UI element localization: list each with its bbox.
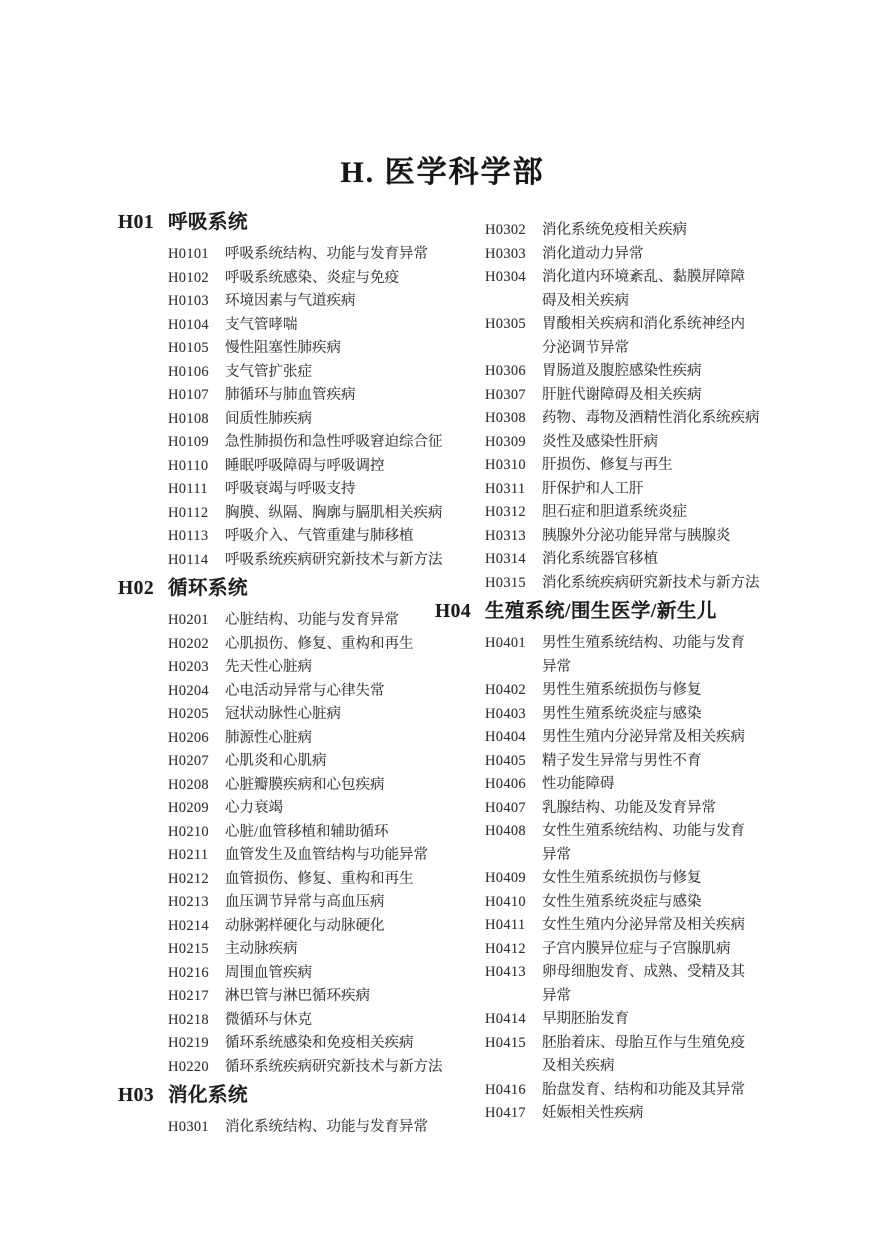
item-text: 主动脉疾病: [225, 938, 298, 962]
item-row: H0204心电活动异常与心律失常: [118, 680, 456, 704]
item-code: H0202: [168, 633, 225, 657]
item-text: 微循环与休克: [225, 1009, 312, 1033]
item-text-line: 消化系统结构、功能与发育异常: [225, 1116, 428, 1140]
item-text-line: 呼吸系统疾病研究新技术与新方法: [225, 549, 443, 573]
item-row: H0408女性生殖系统结构、功能与发育异常: [435, 820, 787, 867]
item-text: 循环系统感染和免疫相关疾病: [225, 1032, 414, 1056]
item-text-line: 环境因素与气道疾病: [225, 290, 356, 314]
item-code: H0401: [485, 632, 542, 656]
item-code: H0213: [168, 891, 225, 915]
item-row: H0205冠状动脉性心脏病: [118, 703, 456, 727]
item-row: H0210心脏/血管移植和辅助循环: [118, 821, 456, 845]
item-row: H0302消化系统免疫相关疾病: [435, 219, 787, 243]
item-row: H0217淋巴管与淋巴循环疾病: [118, 985, 456, 1009]
item-text-line: 急性肺损伤和急性呼吸窘迫综合征: [225, 431, 443, 455]
item-row: H0403男性生殖系统炎症与感染: [435, 703, 787, 727]
item-text-line: 碍及相关疾病: [542, 290, 745, 314]
item-text-line: 心脏瓣膜疾病和心包疾病: [225, 774, 385, 798]
item-text-line: 早期胚胎发育: [542, 1008, 629, 1032]
item-code: H0402: [485, 679, 542, 703]
item-text-line: 心力衰竭: [225, 797, 283, 821]
item-code: H0107: [168, 384, 225, 408]
item-row: H0308药物、毒物及酒精性消化系统疾病: [435, 407, 787, 431]
item-row: H0208心脏瓣膜疾病和心包疾病: [118, 774, 456, 798]
item-code: H0201: [168, 609, 225, 633]
item-text: 胆石症和胆道系统炎症: [542, 501, 687, 525]
item-code: H0412: [485, 938, 542, 962]
item-text: 呼吸系统疾病研究新技术与新方法: [225, 549, 443, 573]
item-text-line: 乳腺结构、功能及发育异常: [542, 797, 716, 821]
item-text-line: 异常: [542, 656, 745, 680]
item-code: H0112: [168, 502, 225, 526]
item-row: H0409女性生殖系统损伤与修复: [435, 867, 787, 891]
item-code: H0205: [168, 703, 225, 727]
item-code: H0203: [168, 656, 225, 680]
item-row: H0211血管发生及血管结构与功能异常: [118, 844, 456, 868]
item-row: H0417妊娠相关性疾病: [435, 1102, 787, 1126]
item-text-line: 肝保护和人工肝: [542, 478, 644, 502]
item-text: 消化系统结构、功能与发育异常: [225, 1116, 428, 1140]
item-code: H0309: [485, 431, 542, 455]
item-code: H0414: [485, 1008, 542, 1032]
item-text-line: 妊娠相关性疾病: [542, 1102, 644, 1126]
item-text-line: 心脏/血管移植和辅助循环: [225, 821, 389, 845]
item-row: H0105慢性阻塞性肺疾病: [118, 337, 456, 361]
item-text: 胎盘发育、结构和功能及其异常: [542, 1079, 745, 1103]
section-title: 呼吸系统: [168, 211, 248, 235]
item-code: H0220: [168, 1056, 225, 1080]
item-text-line: 女性生殖系统结构、功能与发育: [542, 820, 745, 844]
item-text: 消化道动力异常: [542, 243, 644, 267]
item-text: 肝保护和人工肝: [542, 478, 644, 502]
item-row: H0207心肌炎和心肌病: [118, 750, 456, 774]
item-code: H0411: [485, 914, 542, 938]
item-text: 睡眠呼吸障碍与呼吸调控: [225, 455, 385, 479]
item-text-line: 呼吸系统感染、炎症与免疫: [225, 267, 399, 291]
page-title: H. 医学科学部: [0, 147, 885, 191]
item-text: 肺源性心脏病: [225, 727, 312, 751]
item-row: H0103环境因素与气道疾病: [118, 290, 456, 314]
item-row: H0114呼吸系统疾病研究新技术与新方法: [118, 549, 456, 573]
item-code: H0410: [485, 891, 542, 915]
item-text-line: 肺循环与肺血管疾病: [225, 384, 356, 408]
item-row: H0301消化系统结构、功能与发育异常: [118, 1116, 456, 1140]
item-row: H0415胚胎着床、母胎互作与生殖免疫及相关疾病: [435, 1032, 787, 1079]
item-row: H0402男性生殖系统损伤与修复: [435, 679, 787, 703]
item-row: H0101呼吸系统结构、功能与发育异常: [118, 243, 456, 267]
section-header: H04生殖系统/围生医学/新生儿: [435, 600, 787, 624]
item-text: 女性生殖系统损伤与修复: [542, 867, 702, 891]
item-text-line: 肺源性心脏病: [225, 727, 312, 751]
item-text: 妊娠相关性疾病: [542, 1102, 644, 1126]
item-row: H0104支气管哮喘: [118, 314, 456, 338]
item-text: 周围血管疾病: [225, 962, 312, 986]
item-text-line: 消化系统器官移植: [542, 548, 658, 572]
item-code: H0210: [168, 821, 225, 845]
item-text-line: 异常: [542, 844, 745, 868]
item-row: H0213血压调节异常与高血压病: [118, 891, 456, 915]
item-code: H0303: [485, 243, 542, 267]
item-code: H0111: [168, 478, 225, 502]
item-text-line: 动脉粥样硬化与动脉硬化: [225, 915, 385, 939]
item-text-line: 支气管扩张症: [225, 361, 312, 385]
item-row: H0206肺源性心脏病: [118, 727, 456, 751]
item-text-line: 消化道内环境紊乱、黏膜屏障障: [542, 266, 745, 290]
item-row: H0212血管损伤、修复、重构和再生: [118, 868, 456, 892]
item-text-line: 睡眠呼吸障碍与呼吸调控: [225, 455, 385, 479]
item-code: H0215: [168, 938, 225, 962]
item-text-line: 子宫内膜异位症与子宫腺肌病: [542, 938, 731, 962]
item-row: H0106支气管扩张症: [118, 361, 456, 385]
section-title: 消化系统: [168, 1084, 248, 1108]
item-row: H0110睡眠呼吸障碍与呼吸调控: [118, 455, 456, 479]
item-code: H0109: [168, 431, 225, 455]
item-text-line: 间质性肺疾病: [225, 408, 312, 432]
item-code: H0108: [168, 408, 225, 432]
item-row: H0404男性生殖内分泌异常及相关疾病: [435, 726, 787, 750]
item-code: H0315: [485, 572, 542, 596]
item-text-line: 冠状动脉性心脏病: [225, 703, 341, 727]
item-text: 女性生殖内分泌异常及相关疾病: [542, 914, 745, 938]
item-row: H0214动脉粥样硬化与动脉硬化: [118, 915, 456, 939]
item-text-line: 异常: [542, 985, 745, 1009]
item-code: H0417: [485, 1102, 542, 1126]
item-text: 消化系统器官移植: [542, 548, 658, 572]
item-text-line: 周围血管疾病: [225, 962, 312, 986]
item-code: H0302: [485, 219, 542, 243]
item-text-line: 分泌调节异常: [542, 337, 745, 361]
item-text: 血管发生及血管结构与功能异常: [225, 844, 428, 868]
item-text: 心脏结构、功能与发育异常: [225, 609, 399, 633]
item-text: 乳腺结构、功能及发育异常: [542, 797, 716, 821]
item-text: 肺循环与肺血管疾病: [225, 384, 356, 408]
item-row: H0202心肌损伤、修复、重构和再生: [118, 633, 456, 657]
item-text-line: 主动脉疾病: [225, 938, 298, 962]
item-text: 卵母细胞发育、成熟、受精及其异常: [542, 961, 745, 1008]
item-text: 先天性心脏病: [225, 656, 312, 680]
item-text: 心脏瓣膜疾病和心包疾病: [225, 774, 385, 798]
item-code: H0216: [168, 962, 225, 986]
item-code: H0313: [485, 525, 542, 549]
item-code: H0204: [168, 680, 225, 704]
item-text-line: 男性生殖内分泌异常及相关疾病: [542, 726, 745, 750]
item-row: H0406性功能障碍: [435, 773, 787, 797]
item-row: H0405精子发生异常与男性不育: [435, 750, 787, 774]
item-text-line: 循环系统疾病研究新技术与新方法: [225, 1056, 443, 1080]
item-code: H0308: [485, 407, 542, 431]
item-text: 男性生殖系统炎症与感染: [542, 703, 702, 727]
item-row: H0220循环系统疾病研究新技术与新方法: [118, 1056, 456, 1080]
item-row: H0414早期胚胎发育: [435, 1008, 787, 1032]
item-text-line: 心肌损伤、修复、重构和再生: [225, 633, 414, 657]
item-row: H0216周围血管疾病: [118, 962, 456, 986]
item-code: H0407: [485, 797, 542, 821]
item-text: 胸膜、纵隔、胸廓与膈肌相关疾病: [225, 502, 443, 526]
document-page: H. 医学科学部 H01呼吸系统H0101呼吸系统结构、功能与发育异常H0102…: [0, 0, 885, 1251]
item-text-line: 循环系统感染和免疫相关疾病: [225, 1032, 414, 1056]
item-row: H0306胃肠道及腹腔感染性疾病: [435, 360, 787, 384]
item-text: 胚胎着床、母胎互作与生殖免疫及相关疾病: [542, 1032, 745, 1079]
section-code: H03: [118, 1084, 168, 1108]
item-code: H0312: [485, 501, 542, 525]
item-text: 男性生殖内分泌异常及相关疾病: [542, 726, 745, 750]
item-text: 性功能障碍: [542, 773, 615, 797]
item-text: 间质性肺疾病: [225, 408, 312, 432]
item-text-line: 炎性及感染性肝病: [542, 431, 658, 455]
item-text-line: 血压调节异常与高血压病: [225, 891, 385, 915]
item-code: H0102: [168, 267, 225, 291]
item-row: H0314消化系统器官移植: [435, 548, 787, 572]
item-text: 支气管哮喘: [225, 314, 298, 338]
item-text-line: 胸膜、纵隔、胸廓与膈肌相关疾病: [225, 502, 443, 526]
item-code: H0217: [168, 985, 225, 1009]
item-row: H0113呼吸介入、气管重建与肺移植: [118, 525, 456, 549]
section-code: H02: [118, 577, 168, 601]
item-text-line: 淋巴管与淋巴循环疾病: [225, 985, 370, 1009]
item-text: 呼吸衰竭与呼吸支持: [225, 478, 356, 502]
item-text: 炎性及感染性肝病: [542, 431, 658, 455]
item-text: 药物、毒物及酒精性消化系统疾病: [542, 407, 760, 431]
item-code: H0101: [168, 243, 225, 267]
item-code: H0208: [168, 774, 225, 798]
item-row: H0401男性生殖系统结构、功能与发育异常: [435, 632, 787, 679]
item-row: H0201心脏结构、功能与发育异常: [118, 609, 456, 633]
item-code: H0103: [168, 290, 225, 314]
item-text: 子宫内膜异位症与子宫腺肌病: [542, 938, 731, 962]
item-row: H0305胃酸相关疾病和消化系统神经内分泌调节异常: [435, 313, 787, 360]
item-text: 心力衰竭: [225, 797, 283, 821]
item-code: H0212: [168, 868, 225, 892]
item-code: H0104: [168, 314, 225, 338]
item-row: H0315消化系统疾病研究新技术与新方法: [435, 572, 787, 596]
item-text: 动脉粥样硬化与动脉硬化: [225, 915, 385, 939]
item-text: 胃肠道及腹腔感染性疾病: [542, 360, 702, 384]
item-text: 心脏/血管移植和辅助循环: [225, 821, 389, 845]
item-text-line: 男性生殖系统结构、功能与发育: [542, 632, 745, 656]
item-row: H0307肝脏代谢障碍及相关疾病: [435, 384, 787, 408]
item-text-line: 支气管哮喘: [225, 314, 298, 338]
section-header: H03消化系统: [118, 1084, 456, 1108]
item-row: H0111呼吸衰竭与呼吸支持: [118, 478, 456, 502]
item-text: 心肌损伤、修复、重构和再生: [225, 633, 414, 657]
item-code: H0306: [485, 360, 542, 384]
item-row: H0209心力衰竭: [118, 797, 456, 821]
item-code: H0105: [168, 337, 225, 361]
item-code: H0408: [485, 820, 542, 844]
item-row: H0312胆石症和胆道系统炎症: [435, 501, 787, 525]
item-row: H0219循环系统感染和免疫相关疾病: [118, 1032, 456, 1056]
item-text: 消化系统疾病研究新技术与新方法: [542, 572, 760, 596]
item-code: H0207: [168, 750, 225, 774]
item-code: H0110: [168, 455, 225, 479]
item-text-line: 呼吸系统结构、功能与发育异常: [225, 243, 428, 267]
item-code: H0211: [168, 844, 225, 868]
item-text-line: 卵母细胞发育、成熟、受精及其: [542, 961, 745, 985]
item-text-line: 胆石症和胆道系统炎症: [542, 501, 687, 525]
item-code: H0219: [168, 1032, 225, 1056]
item-row: H0407乳腺结构、功能及发育异常: [435, 797, 787, 821]
item-row: H0410女性生殖系统炎症与感染: [435, 891, 787, 915]
item-text-line: 先天性心脏病: [225, 656, 312, 680]
item-text-line: 胰腺外分泌功能异常与胰腺炎: [542, 525, 731, 549]
item-code: H0415: [485, 1032, 542, 1056]
item-code: H0314: [485, 548, 542, 572]
item-text: 淋巴管与淋巴循环疾病: [225, 985, 370, 1009]
section-header: H02循环系统: [118, 577, 456, 601]
section-header: H01呼吸系统: [118, 211, 456, 235]
item-text: 胰腺外分泌功能异常与胰腺炎: [542, 525, 731, 549]
item-code: H0416: [485, 1079, 542, 1103]
item-text-line: 微循环与休克: [225, 1009, 312, 1033]
item-text: 环境因素与气道疾病: [225, 290, 356, 314]
item-text-line: 性功能障碍: [542, 773, 615, 797]
item-code: H0311: [485, 478, 542, 502]
item-text: 肝脏代谢障碍及相关疾病: [542, 384, 702, 408]
item-text: 冠状动脉性心脏病: [225, 703, 341, 727]
item-text: 心电活动异常与心律失常: [225, 680, 385, 704]
item-text: 消化道内环境紊乱、黏膜屏障障碍及相关疾病: [542, 266, 745, 313]
item-row: H0107肺循环与肺血管疾病: [118, 384, 456, 408]
item-text-line: 心电活动异常与心律失常: [225, 680, 385, 704]
content-column-right: H0302消化系统免疫相关疾病H0303消化道动力异常H0304消化道内环境紊乱…: [435, 219, 787, 1126]
item-code: H0305: [485, 313, 542, 337]
item-code: H0218: [168, 1009, 225, 1033]
item-code: H0405: [485, 750, 542, 774]
item-row: H0411女性生殖内分泌异常及相关疾病: [435, 914, 787, 938]
item-text: 呼吸系统感染、炎症与免疫: [225, 267, 399, 291]
item-text: 慢性阻塞性肺疾病: [225, 337, 341, 361]
item-text-line: 胎盘发育、结构和功能及其异常: [542, 1079, 745, 1103]
item-text-line: 消化系统免疫相关疾病: [542, 219, 687, 243]
item-text: 男性生殖系统损伤与修复: [542, 679, 702, 703]
item-code: H0304: [485, 266, 542, 290]
item-text-line: 血管损伤、修复、重构和再生: [225, 868, 414, 892]
section-code: H01: [118, 211, 168, 235]
item-code: H0301: [168, 1116, 225, 1140]
item-row: H0109急性肺损伤和急性呼吸窘迫综合征: [118, 431, 456, 455]
item-row: H0311肝保护和人工肝: [435, 478, 787, 502]
item-code: H0409: [485, 867, 542, 891]
item-text-line: 心脏结构、功能与发育异常: [225, 609, 399, 633]
item-text-line: 男性生殖系统炎症与感染: [542, 703, 702, 727]
item-code: H0206: [168, 727, 225, 751]
item-text: 早期胚胎发育: [542, 1008, 629, 1032]
item-row: H0413卵母细胞发育、成熟、受精及其异常: [435, 961, 787, 1008]
item-code: H0209: [168, 797, 225, 821]
item-code: H0403: [485, 703, 542, 727]
item-row: H0309炎性及感染性肝病: [435, 431, 787, 455]
item-text-line: 消化系统疾病研究新技术与新方法: [542, 572, 760, 596]
item-code: H0413: [485, 961, 542, 985]
item-code: H0214: [168, 915, 225, 939]
section-title: 循环系统: [168, 577, 248, 601]
item-row: H0102呼吸系统感染、炎症与免疫: [118, 267, 456, 291]
item-text-line: 呼吸衰竭与呼吸支持: [225, 478, 356, 502]
item-text-line: 药物、毒物及酒精性消化系统疾病: [542, 407, 760, 431]
item-text: 血管损伤、修复、重构和再生: [225, 868, 414, 892]
item-text-line: 女性生殖系统炎症与感染: [542, 891, 702, 915]
item-text-line: 女性生殖系统损伤与修复: [542, 867, 702, 891]
item-text-line: 及相关疾病: [542, 1055, 745, 1079]
item-row: H0304消化道内环境紊乱、黏膜屏障障碍及相关疾病: [435, 266, 787, 313]
item-text-line: 胃肠道及腹腔感染性疾病: [542, 360, 702, 384]
item-code: H0404: [485, 726, 542, 750]
item-text-line: 男性生殖系统损伤与修复: [542, 679, 702, 703]
item-code: H0307: [485, 384, 542, 408]
item-row: H0303消化道动力异常: [435, 243, 787, 267]
item-row: H0215主动脉疾病: [118, 938, 456, 962]
item-text-line: 血管发生及血管结构与功能异常: [225, 844, 428, 868]
item-text: 循环系统疾病研究新技术与新方法: [225, 1056, 443, 1080]
item-text: 肝损伤、修复与再生: [542, 454, 673, 478]
item-row: H0412子宫内膜异位症与子宫腺肌病: [435, 938, 787, 962]
item-text: 消化系统免疫相关疾病: [542, 219, 687, 243]
item-text-line: 女性生殖内分泌异常及相关疾病: [542, 914, 745, 938]
content-column-left: H01呼吸系统H0101呼吸系统结构、功能与发育异常H0102呼吸系统感染、炎症…: [118, 206, 456, 1140]
item-text: 支气管扩张症: [225, 361, 312, 385]
item-text-line: 心肌炎和心肌病: [225, 750, 327, 774]
item-text-line: 肝损伤、修复与再生: [542, 454, 673, 478]
item-code: H0406: [485, 773, 542, 797]
item-text-line: 肝脏代谢障碍及相关疾病: [542, 384, 702, 408]
item-row: H0203先天性心脏病: [118, 656, 456, 680]
item-row: H0112胸膜、纵隔、胸廓与膈肌相关疾病: [118, 502, 456, 526]
item-code: H0114: [168, 549, 225, 573]
item-text-line: 消化道动力异常: [542, 243, 644, 267]
item-text-line: 呼吸介入、气管重建与肺移植: [225, 525, 414, 549]
item-row: H0108间质性肺疾病: [118, 408, 456, 432]
item-text: 心肌炎和心肌病: [225, 750, 327, 774]
item-code: H0310: [485, 454, 542, 478]
item-text: 男性生殖系统结构、功能与发育异常: [542, 632, 745, 679]
item-text-line: 精子发生异常与男性不育: [542, 750, 702, 774]
item-text-line: 胃酸相关疾病和消化系统神经内: [542, 313, 745, 337]
item-text: 胃酸相关疾病和消化系统神经内分泌调节异常: [542, 313, 745, 360]
item-text-line: 胚胎着床、母胎互作与生殖免疫: [542, 1032, 745, 1056]
section-title: 生殖系统/围生医学/新生儿: [485, 600, 717, 624]
section-code: H04: [435, 600, 485, 624]
item-code: H0106: [168, 361, 225, 385]
item-row: H0416胎盘发育、结构和功能及其异常: [435, 1079, 787, 1103]
item-text-line: 慢性阻塞性肺疾病: [225, 337, 341, 361]
item-row: H0218微循环与休克: [118, 1009, 456, 1033]
item-text: 血压调节异常与高血压病: [225, 891, 385, 915]
item-text: 女性生殖系统炎症与感染: [542, 891, 702, 915]
item-text: 精子发生异常与男性不育: [542, 750, 702, 774]
item-row: H0313胰腺外分泌功能异常与胰腺炎: [435, 525, 787, 549]
item-text: 女性生殖系统结构、功能与发育异常: [542, 820, 745, 867]
item-row: H0310肝损伤、修复与再生: [435, 454, 787, 478]
item-text: 呼吸系统结构、功能与发育异常: [225, 243, 428, 267]
item-code: H0113: [168, 525, 225, 549]
item-text: 急性肺损伤和急性呼吸窘迫综合征: [225, 431, 443, 455]
item-text: 呼吸介入、气管重建与肺移植: [225, 525, 414, 549]
